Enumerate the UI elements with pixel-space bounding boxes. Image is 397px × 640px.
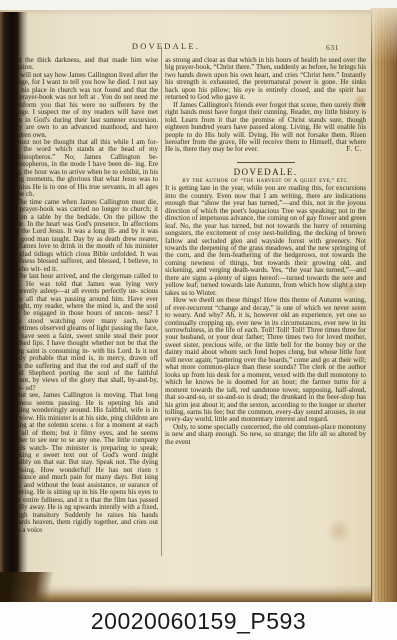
article-title: DOVEDALE. [165, 167, 366, 178]
paragraph: tated the thick darkness, and that made … [8, 57, 158, 72]
paragraph: It is getting late in the year, while yo… [165, 185, 366, 297]
paragraph: must not be thought that all this while … [8, 139, 158, 199]
article-body: It is getting late in the year, while yo… [165, 185, 366, 446]
bottom-left-page-edges [0, 572, 64, 602]
label-strip: 20020060159_P593 [0, 602, 397, 640]
foxing-stain [342, 280, 358, 296]
foxing-stain [361, 102, 366, 107]
left-column: tated the thick darkness, and that made … [8, 57, 158, 569]
fore-edge [371, 8, 397, 602]
running-head: DOVEDALE. [132, 41, 200, 51]
paragraph: If James Callington's friends ever forgo… [165, 102, 366, 154]
paragraph: Only, to some specially concerned, the o… [165, 424, 366, 446]
paragraph: But see, James Callington is moving. Tha… [8, 392, 158, 534]
paragraph: as strong and clear as that which in his… [165, 57, 366, 102]
paragraph: I will not say how James Callington live… [8, 72, 158, 139]
catalog-label: 20020060159_P593 [0, 602, 397, 640]
paragraph: The last hour arrived, and the clergyman… [8, 273, 158, 392]
fore-edge-highlight [371, 8, 397, 63]
column-divider [161, 47, 162, 556]
book-photo: DOVEDALE. 631 tated the thick darkness, … [0, 0, 397, 640]
right-column: as strong and clear as that which in his… [165, 57, 366, 569]
paragraph: How we dwell on these things! How this t… [165, 297, 366, 424]
page-number: 631 [326, 43, 339, 52]
right-column-continuation: as strong and clear as that which in his… [165, 57, 366, 154]
foxing-stain [206, 354, 215, 363]
book-page: DOVEDALE. 631 tated the thick darkness, … [0, 10, 372, 602]
section-rule [237, 162, 295, 164]
foxing-stain [326, 518, 352, 544]
paragraph: The time came when James Callington must… [8, 199, 158, 274]
binding-shadow [0, 12, 28, 596]
